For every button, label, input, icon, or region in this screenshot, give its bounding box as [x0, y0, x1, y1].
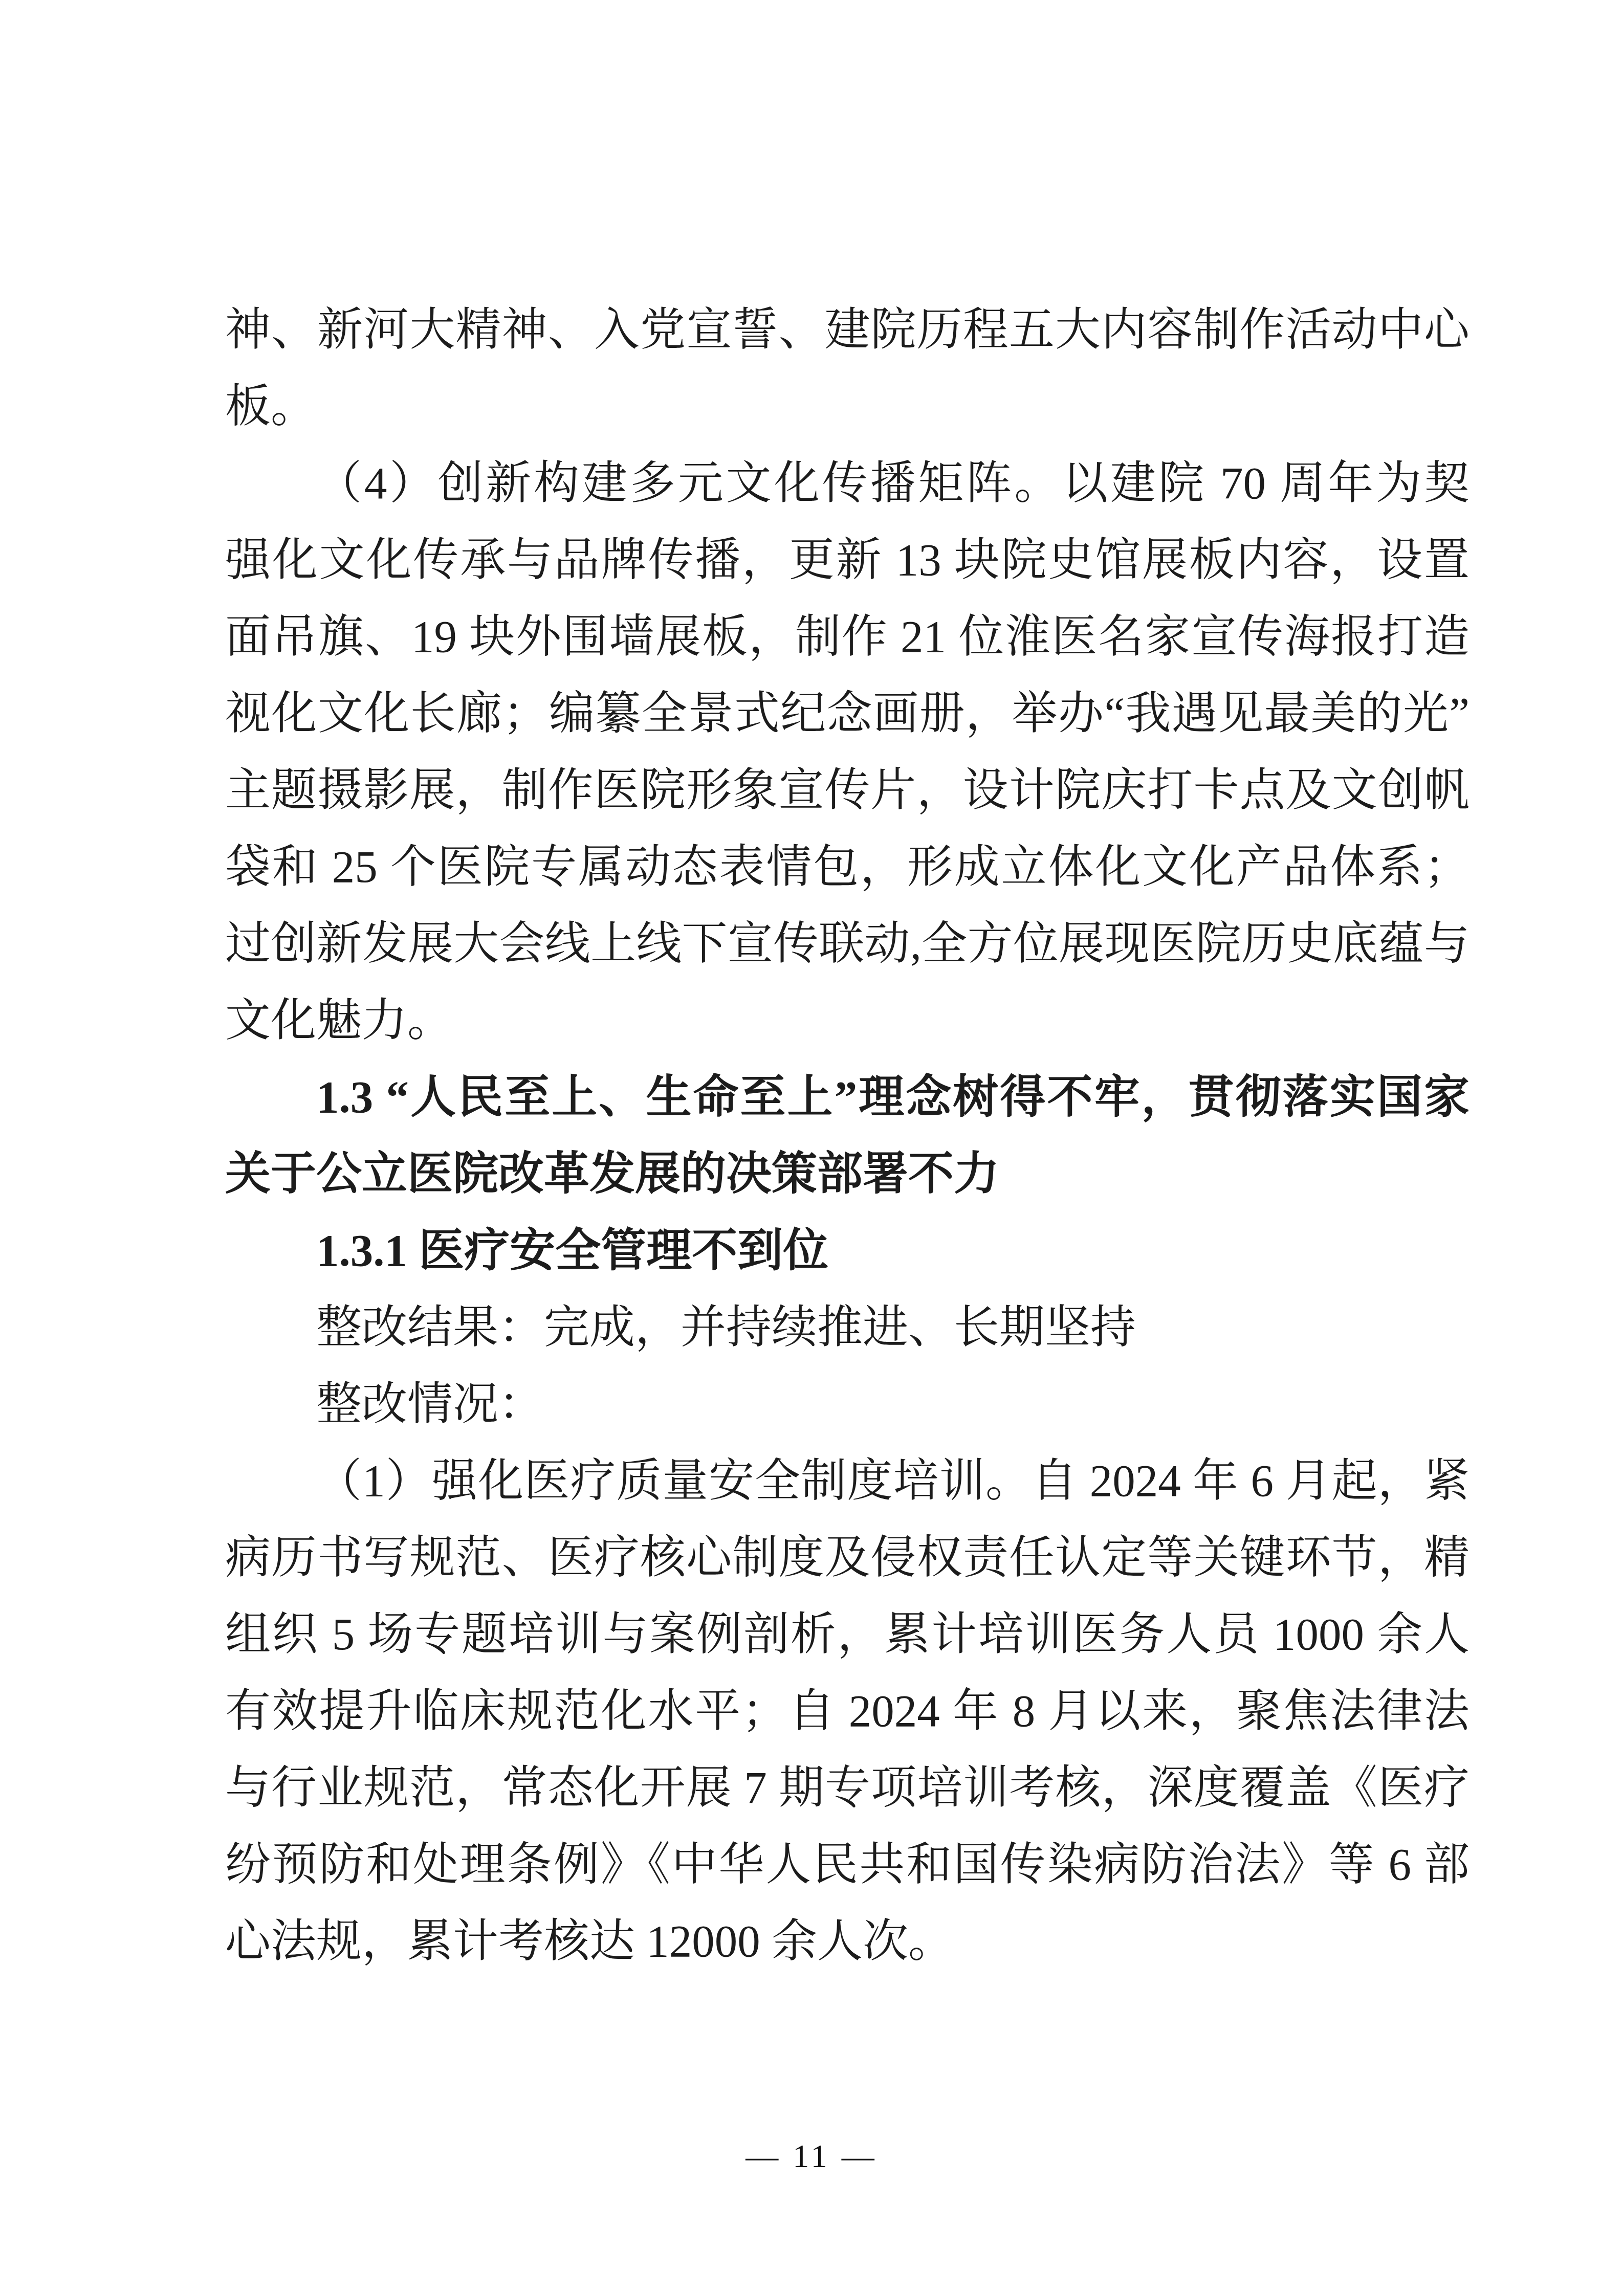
- body-line: 与行业规范，常态化开展 7 期专项培训考核，深度覆盖《医疗纠: [225, 1750, 1470, 1826]
- document-page: 神、新河大精神、入党宣誓、建院历程五大内容制作活动中心展 板。 （4）创新构建多…: [0, 0, 1623, 2296]
- body-line: 视化文化长廊；编纂全景式纪念画册，举办“我遇见最美的光”: [225, 675, 1470, 752]
- body-line: 板。: [225, 368, 1470, 445]
- body-line: 纷预防和处理条例》《中华人民共和国传染病防治法》等 6 部核: [225, 1826, 1470, 1903]
- section-heading-1-3-1: 1.3.1 医疗安全管理不到位: [225, 1212, 1470, 1289]
- rectification-result-line: 整改结果：完成，并持续推进、长期坚持: [225, 1289, 1470, 1366]
- section-heading-1-3: 1.3 “人民至上、生命至上”理念树得不牢，贯彻落实国家: [225, 1059, 1470, 1136]
- body-line: 心法规，累计考核达 12000 余人次。: [225, 1903, 1470, 1980]
- rectification-status-line: 整改情况：: [225, 1366, 1470, 1443]
- body-line: 文化魅力。: [225, 982, 1470, 1059]
- body-line: 过创新发展大会线上线下宣传联动,全方位展现医院历史底蕴与: [225, 906, 1470, 982]
- body-line: （1）强化医疗质量安全制度培训。自 2024 年 6 月起，紧扣: [225, 1443, 1470, 1519]
- page-number: — 11 —: [0, 2122, 1623, 2191]
- body-line: 强化文化传承与品牌传播，更新 13 块院史馆展板内容，设置 42: [225, 522, 1470, 599]
- section-heading-1-3-continued: 关于公立医院改革发展的决策部署不力: [225, 1136, 1470, 1212]
- body-line: 神、新河大精神、入党宣誓、建院历程五大内容制作活动中心展: [225, 292, 1470, 368]
- body-line: 袋和 25 个医院专属动态表情包，形成立体化文化产品体系；通: [225, 829, 1470, 906]
- body-line: 有效提升临床规范化水平；自 2024 年 8 月以来，聚焦法律法规: [225, 1673, 1470, 1750]
- document-body: 神、新河大精神、入党宣誓、建院历程五大内容制作活动中心展 板。 （4）创新构建多…: [225, 292, 1470, 1980]
- body-line: 主题摄影展，制作医院形象宣传片，设计院庆打卡点及文创帆布: [225, 752, 1470, 829]
- body-line: 组织 5 场专题培训与案例剖析，累计培训医务人员 1000 余人次，: [225, 1596, 1470, 1673]
- body-line: 面吊旗、19 块外围墙展板，制作 21 位淮医名家宣传海报打造可: [225, 599, 1470, 675]
- body-line: 病历书写规范、医疗核心制度及侵权责任认定等关键环节，精心: [225, 1519, 1470, 1596]
- body-line: （4）创新构建多元文化传播矩阵。以建院 70 周年为契机，: [225, 445, 1470, 522]
